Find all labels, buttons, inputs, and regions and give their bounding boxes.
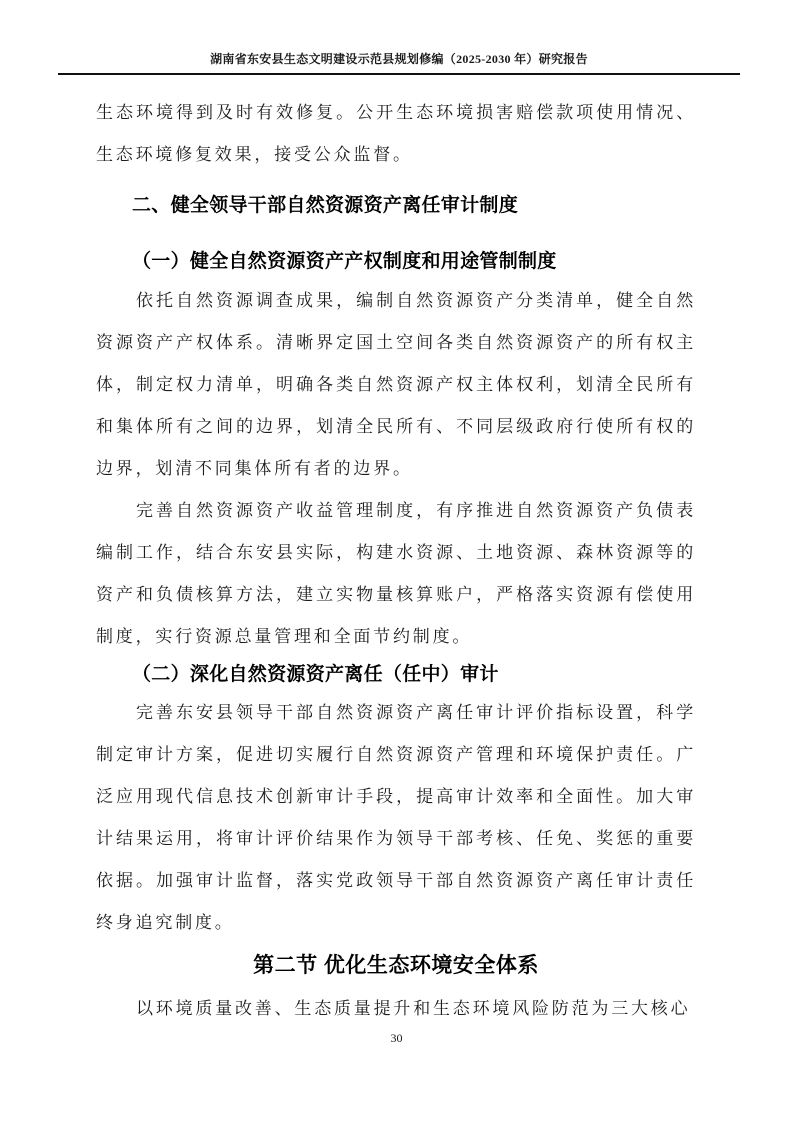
heading-level2-departure-audit: （二）深化自然资源资产离任（任中）审计 xyxy=(96,658,696,692)
header-divider xyxy=(58,73,740,75)
paragraph-balance-sheet: 完善自然资源资产收益管理制度，有序推进自然资源资产负债表编制工作，结合东安县实际… xyxy=(96,490,696,658)
paragraph-property-rights: 依托自然资源调查成果，编制自然资源资产分类清单，健全自然资源资产产权体系。清晰界… xyxy=(96,280,696,490)
page-number: 30 xyxy=(391,1031,403,1045)
paragraph-audit-evaluation: 完善东安县领导干部自然资源资产离任审计评价指标设置，科学制定审计方案，促进切实履… xyxy=(96,692,696,944)
section-title-eco-security: 第二节 优化生态环境安全体系 xyxy=(96,946,696,986)
heading-level2-property-rights: （一）健全自然资源资产产权制度和用途管制制度 xyxy=(96,244,696,280)
header-title: 湖南省东安县生态文明建设示范县规划修编（2025-2030 年）研究报告 xyxy=(210,52,588,66)
page-footer: 30 xyxy=(0,1031,793,1046)
document-body: 生态环境得到及时有效修复。公开生态环境损害赔偿款项使用情况、生态环境修复效果，接… xyxy=(96,92,696,1030)
paragraph-section-intro: 以环境质量改善、生态质量提升和生态环境风险防范为三大核心 xyxy=(96,988,696,1030)
page-header: 湖南省东安县生态文明建设示范县规划修编（2025-2030 年）研究报告 xyxy=(58,50,740,67)
heading-level1-audit-system: 二、健全领导干部自然资源资产离任审计制度 xyxy=(96,188,696,224)
document-page: 湖南省东安县生态文明建设示范县规划修编（2025-2030 年）研究报告 生态环… xyxy=(0,0,793,1122)
paragraph-restoration-continuation: 生态环境得到及时有效修复。公开生态环境损害赔偿款项使用情况、生态环境修复效果，接… xyxy=(96,92,696,176)
